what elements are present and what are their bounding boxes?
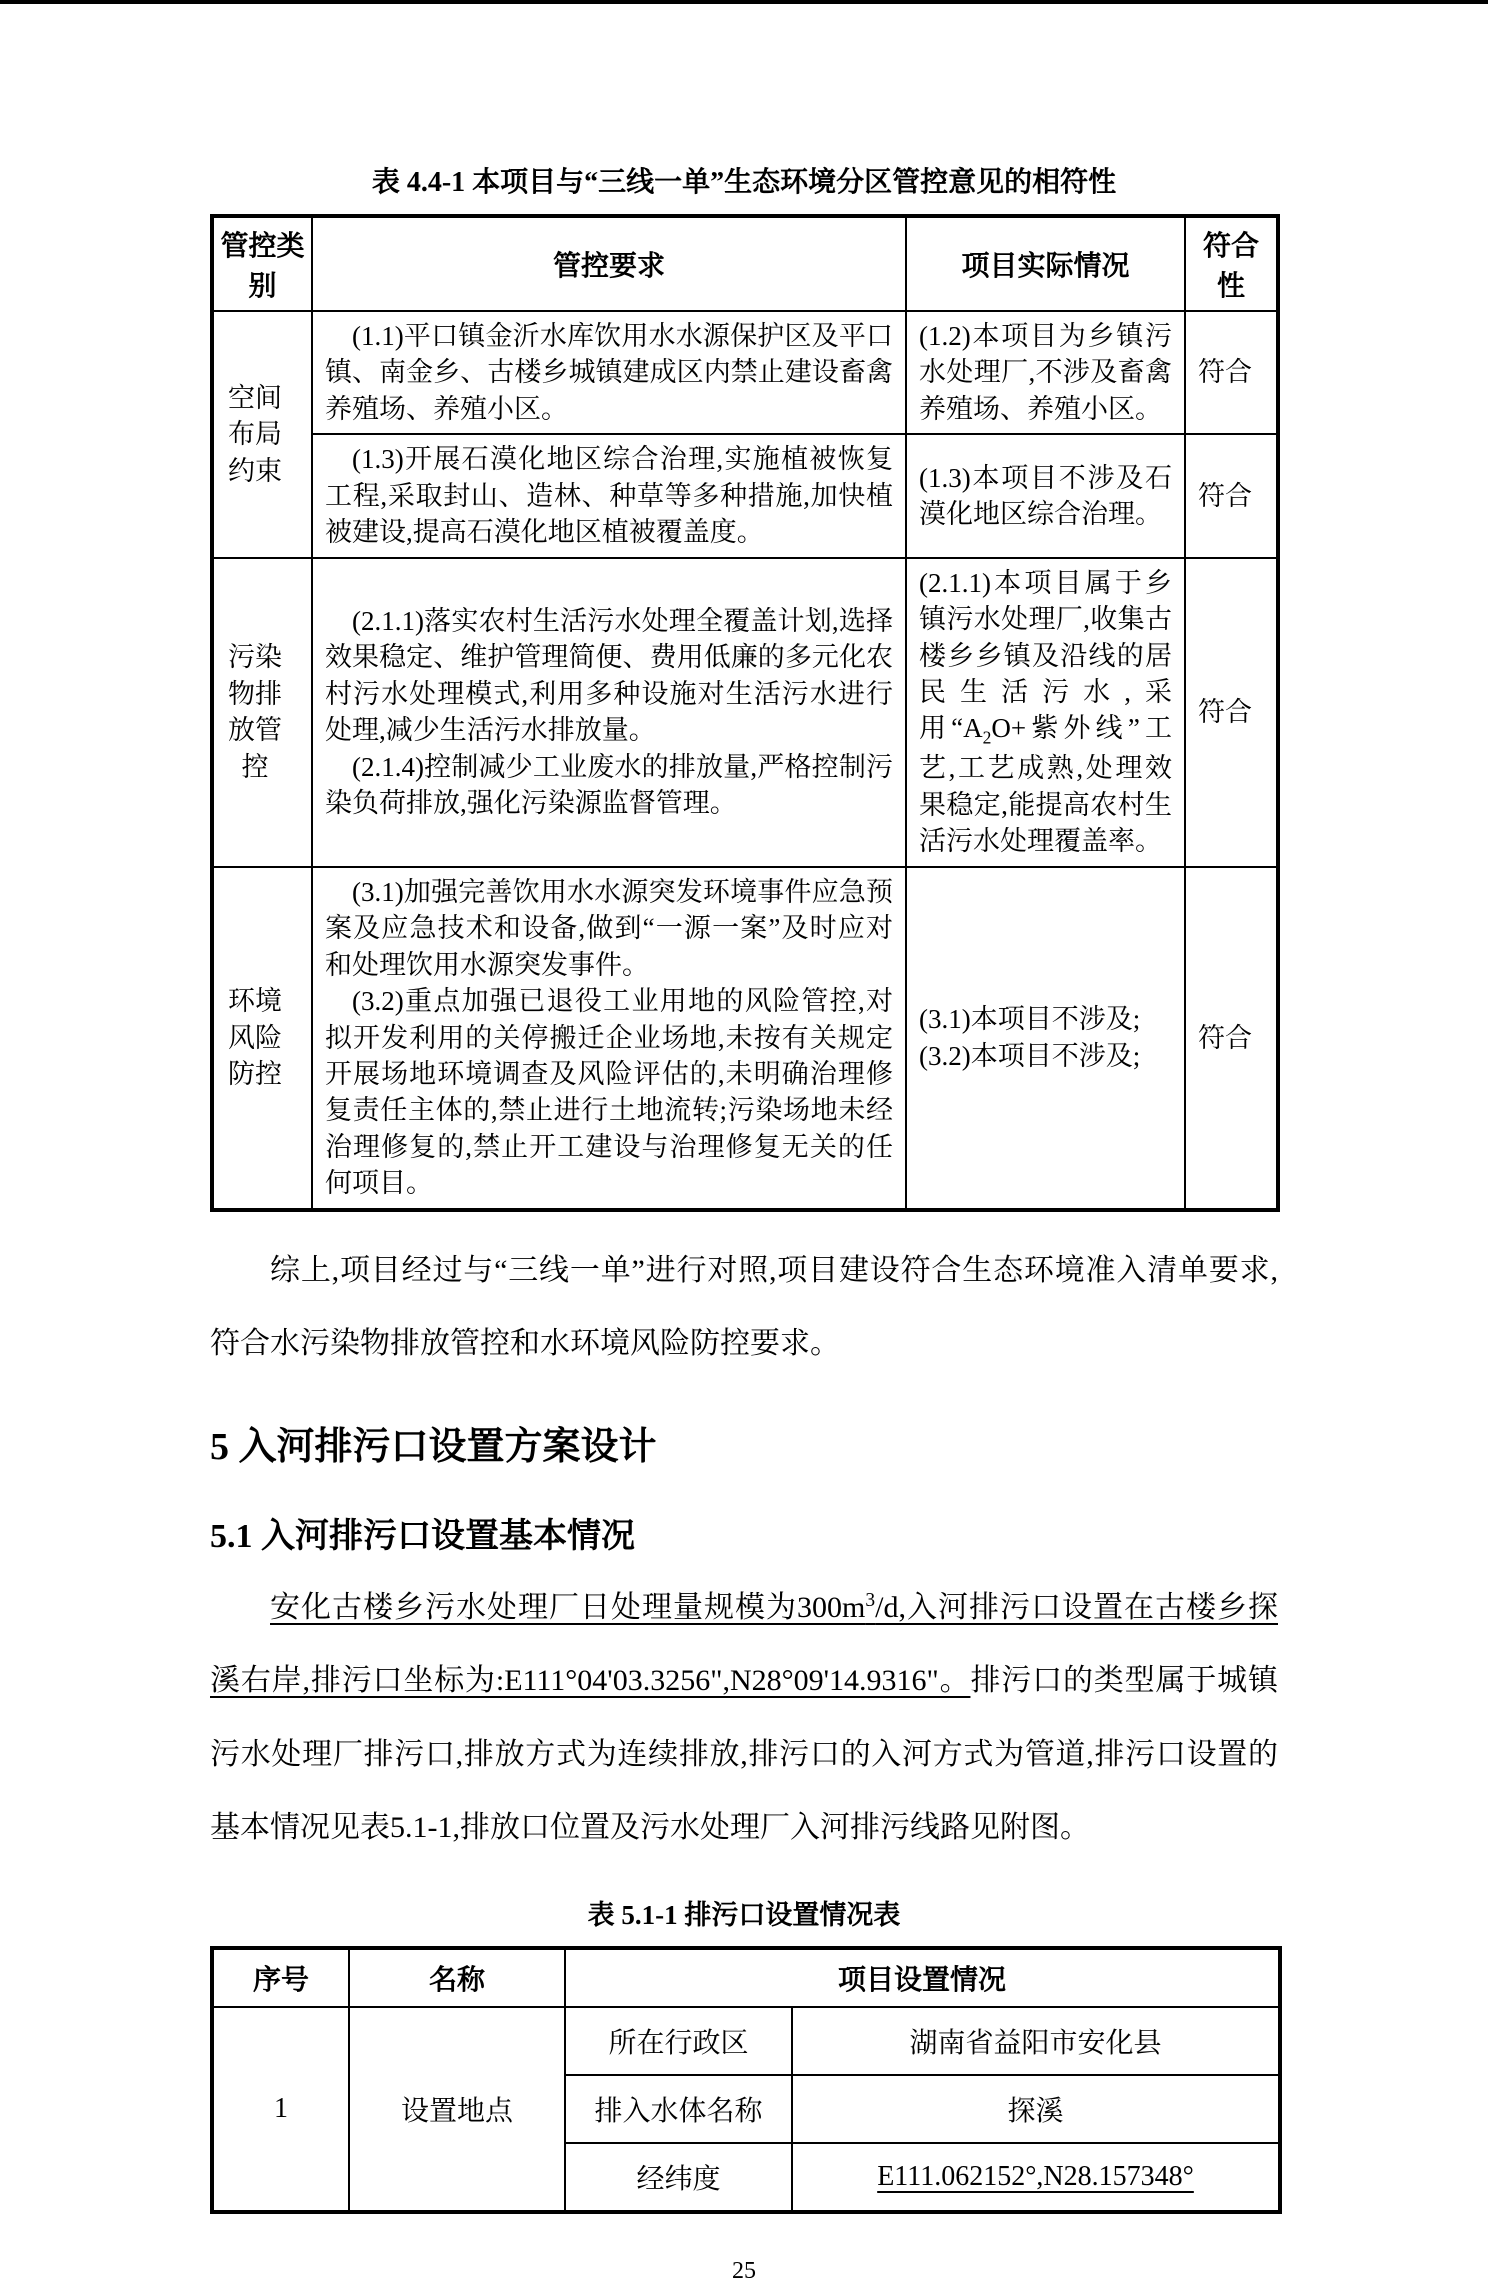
cell-requirement-1-3: (1.3)开展石漠化地区综合治理,实施植被恢复工程,采取封山、造林、种草等多种措… — [312, 434, 906, 557]
table-4-4-1-header-row: 管控类别 管控要求 项目实际情况 符合性 — [212, 216, 1278, 311]
header-cell-conformity: 符合性 — [1185, 216, 1278, 311]
cell-conformity-3: 符合 — [1185, 558, 1278, 867]
cell-actual-3: (3.1)本项目不涉及; (3.2)本项目不涉及; — [906, 867, 1185, 1210]
header-cell-detail: 项目设置情况 — [565, 1948, 1280, 2007]
cell-requirement-3: (3.1)加强完善饮用水水源突发环境事件应急预案及应急技术和设备,做到“一源一案… — [312, 867, 906, 1210]
cell-label-coordinates: 经纬度 — [565, 2143, 792, 2212]
header-cell-requirement: 管控要求 — [312, 216, 906, 311]
cell-requirement-1-1: (1.1)平口镇金沂水库饮用水水源保护区及平口镇、南金乡、古楼乡城镇建成区内禁止… — [312, 311, 906, 434]
header-cell-name: 名称 — [349, 1948, 565, 2007]
cell-value-coordinates: E111.062152°,N28.157348° — [792, 2143, 1280, 2212]
cell-requirement-2: (2.1.1)落实农村生活污水处理全覆盖计划,选择效果稳定、维护管理简便、费用低… — [312, 558, 906, 867]
header-cell-index: 序号 — [212, 1948, 349, 2007]
cell-actual-2: (2.1.1)本项目属于乡镇污水处理厂,收集古楼乡乡镇及沿线的居民生活污水,采用… — [906, 558, 1185, 867]
table-row-admin-region: 1 设置地点 所在行政区 湖南省益阳市安化县 — [212, 2007, 1280, 2075]
table-5-1-1-title: 表 5.1-1 排污口设置情况表 — [210, 1893, 1278, 1932]
header-cell-category: 管控类别 — [212, 216, 312, 311]
row-spatial-layout-2: (1.3)开展石漠化地区综合治理,实施植被恢复工程,采取封山、造林、种草等多种措… — [212, 434, 1278, 557]
cell-label-water-body: 排入水体名称 — [565, 2075, 792, 2143]
cell-label-admin-region: 所在行政区 — [565, 2007, 792, 2075]
table-5-1-1-header-row: 序号 名称 项目设置情况 — [212, 1948, 1280, 2007]
row-spatial-layout-1: 空间布局约束 (1.1)平口镇金沂水库饮用水水源保护区及平口镇、南金乡、古楼乡城… — [212, 311, 1278, 434]
cell-conformity-4: 符合 — [1185, 867, 1278, 1210]
section-heading-5: 5 入河排污口设置方案设计 — [210, 1415, 1278, 1470]
page-number: 25 — [210, 2258, 1278, 2285]
cell-value-admin-region: 湖南省益阳市安化县 — [792, 2007, 1280, 2075]
cell-actual-1-2: (1.2)本项目为乡镇污水处理厂,不涉及畜禽养殖场、养殖小区。 — [906, 311, 1185, 434]
summary-paragraph: 综上,项目经过与“三线一单”进行对照,项目建设符合生态环境准入清单要求,符合水污… — [210, 1234, 1278, 1381]
cell-actual-1-3: (1.3)本项目不涉及石漠化地区综合治理。 — [906, 434, 1185, 557]
cell-category-spatial-layout: 空间布局约束 — [212, 311, 312, 558]
cell-value-water-body: 探溪 — [792, 2075, 1280, 2143]
table-5-1-1: 序号 名称 项目设置情况 1 设置地点 所在行政区 湖南省益阳市安化县 排入水体… — [210, 1946, 1282, 2214]
row-environmental-risk: 环境风险防控 (3.1)加强完善饮用水水源突发环境事件应急预案及应急技术和设备,… — [212, 867, 1278, 1210]
cell-category-pollutant-discharge: 污染物排放管控 — [212, 558, 312, 867]
section-heading-5-1: 5.1 入河排污口设置基本情况 — [210, 1508, 1278, 1557]
superscript-3: 3 — [865, 1590, 875, 1611]
row-pollutant-discharge: 污染物排放管控 (2.1.1)落实农村生活污水处理全覆盖计划,选择效果稳定、维护… — [212, 558, 1278, 867]
paragraph-5-1: 安化古楼乡污水处理厂日处理量规模为300m3/d,入河排污口设置在古楼乡探溪右岸… — [210, 1571, 1278, 1865]
table-4-4-1-title: 表 4.4-1 本项目与“三线一单”生态环境分区管控意见的相符性 — [210, 160, 1278, 200]
table-4-4-1: 管控类别 管控要求 项目实际情况 符合性 空间布局约束 (1.1)平口镇金沂水库… — [210, 214, 1280, 1212]
cell-conformity-1: 符合 — [1185, 311, 1278, 434]
cell-category-environmental-risk: 环境风险防控 — [212, 867, 312, 1210]
cell-index: 1 — [212, 2007, 349, 2212]
cell-name: 设置地点 — [349, 2007, 565, 2212]
header-cell-actual: 项目实际情况 — [906, 216, 1185, 311]
cell-conformity-2: 符合 — [1185, 434, 1278, 557]
document-page: 表 4.4-1 本项目与“三线一单”生态环境分区管控意见的相符性 管控类别 管控… — [210, 4, 1278, 2285]
